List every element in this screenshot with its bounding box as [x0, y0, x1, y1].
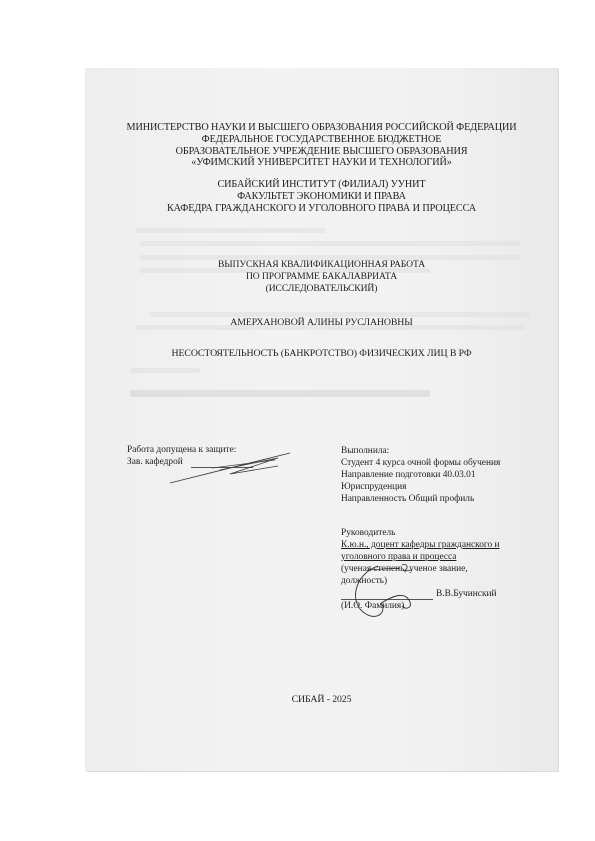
work-type-line: ПО ПРОГРАММЕ БАКАЛАВРИАТА	[85, 271, 558, 283]
head-signature	[160, 448, 300, 488]
footer-city-year: СИБАЙ - 2025	[85, 694, 558, 706]
performed-by-label: Выполнила:	[341, 446, 389, 458]
footer-text: СИБАЙ - 2025	[85, 694, 558, 706]
student-info-line: Направленность Общий профиль	[341, 494, 474, 506]
show-through-text	[140, 241, 520, 246]
author-name: АМЕРХАНОВОЙ АЛИНЫ РУСЛАНОВНЫ	[85, 317, 558, 329]
institute-line: СИБАЙСКИЙ ИНСТИТУТ (ФИЛИАЛ) УУНИТ	[85, 179, 558, 191]
show-through-text	[135, 228, 325, 233]
institute-line: КАФЕДРА ГРАЖДАНСКОГО И УГОЛОВНОГО ПРАВА …	[85, 203, 558, 215]
student-info-line: Юриспруденция	[341, 482, 406, 494]
student-info-line: Студент 4 курса очной формы обучения	[341, 458, 500, 470]
ministry-line: МИНИСТЕРСТВО НАУКИ И ВЫСШЕГО ОБРАЗОВАНИЯ…	[85, 122, 558, 134]
work-type-line: ВЫПУСКНАЯ КВАЛИФИКАЦИОННАЯ РАБОТА	[85, 259, 558, 271]
author-name-text: АМЕРХАНОВОЙ АЛИНЫ РУСЛАНОВНЫ	[85, 317, 558, 329]
work-type-line: (ИССЛЕДОВАТЕЛЬСКИЙ)	[85, 283, 558, 295]
supervisor-title-line: уголовного права и процесса	[341, 552, 456, 564]
student-info-line: Направление подготовки 40.03.01	[341, 470, 476, 482]
ministry-line: «УФИМСКИЙ УНИВЕРСИТЕТ НАУКИ И ТЕХНОЛОГИЙ…	[85, 157, 558, 169]
show-through-text	[130, 368, 200, 373]
thesis-topic: НЕСОСТОЯТЕЛЬНОСТЬ (БАНКРОТСТВО) ФИЗИЧЕСК…	[85, 348, 558, 360]
ministry-line: ФЕДЕРАЛЬНОЕ ГОСУДАРСТВЕННОЕ БЮДЖЕТНОЕ	[85, 134, 558, 146]
document-page: МИНИСТЕРСТВО НАУКИ И ВЫСШЕГО ОБРАЗОВАНИЯ…	[85, 68, 558, 771]
supervisor-title-line: К.ю.н., доцент кафедры гражданского и	[341, 540, 500, 552]
institute-line: ФАКУЛЬТЕТ ЭКОНОМИКИ И ПРАВА	[85, 191, 558, 203]
supervisor-label: Руководитель	[341, 528, 395, 540]
show-through-text	[130, 390, 430, 397]
ministry-header: МИНИСТЕРСТВО НАУКИ И ВЫСШЕГО ОБРАЗОВАНИЯ…	[85, 122, 558, 169]
supervisor-name: В.В.Бучинский	[436, 589, 497, 601]
supervisor-signature	[340, 564, 440, 624]
work-type: ВЫПУСКНАЯ КВАЛИФИКАЦИОННАЯ РАБОТА ПО ПРО…	[85, 259, 558, 294]
institute-header: СИБАЙСКИЙ ИНСТИТУТ (ФИЛИАЛ) УУНИТ ФАКУЛЬ…	[85, 179, 558, 214]
ministry-line: ОБРАЗОВАТЕЛЬНОЕ УЧРЕЖДЕНИЕ ВЫСШЕГО ОБРАЗ…	[85, 146, 558, 158]
thesis-topic-text: НЕСОСТОЯТЕЛЬНОСТЬ (БАНКРОТСТВО) ФИЗИЧЕСК…	[85, 348, 558, 360]
